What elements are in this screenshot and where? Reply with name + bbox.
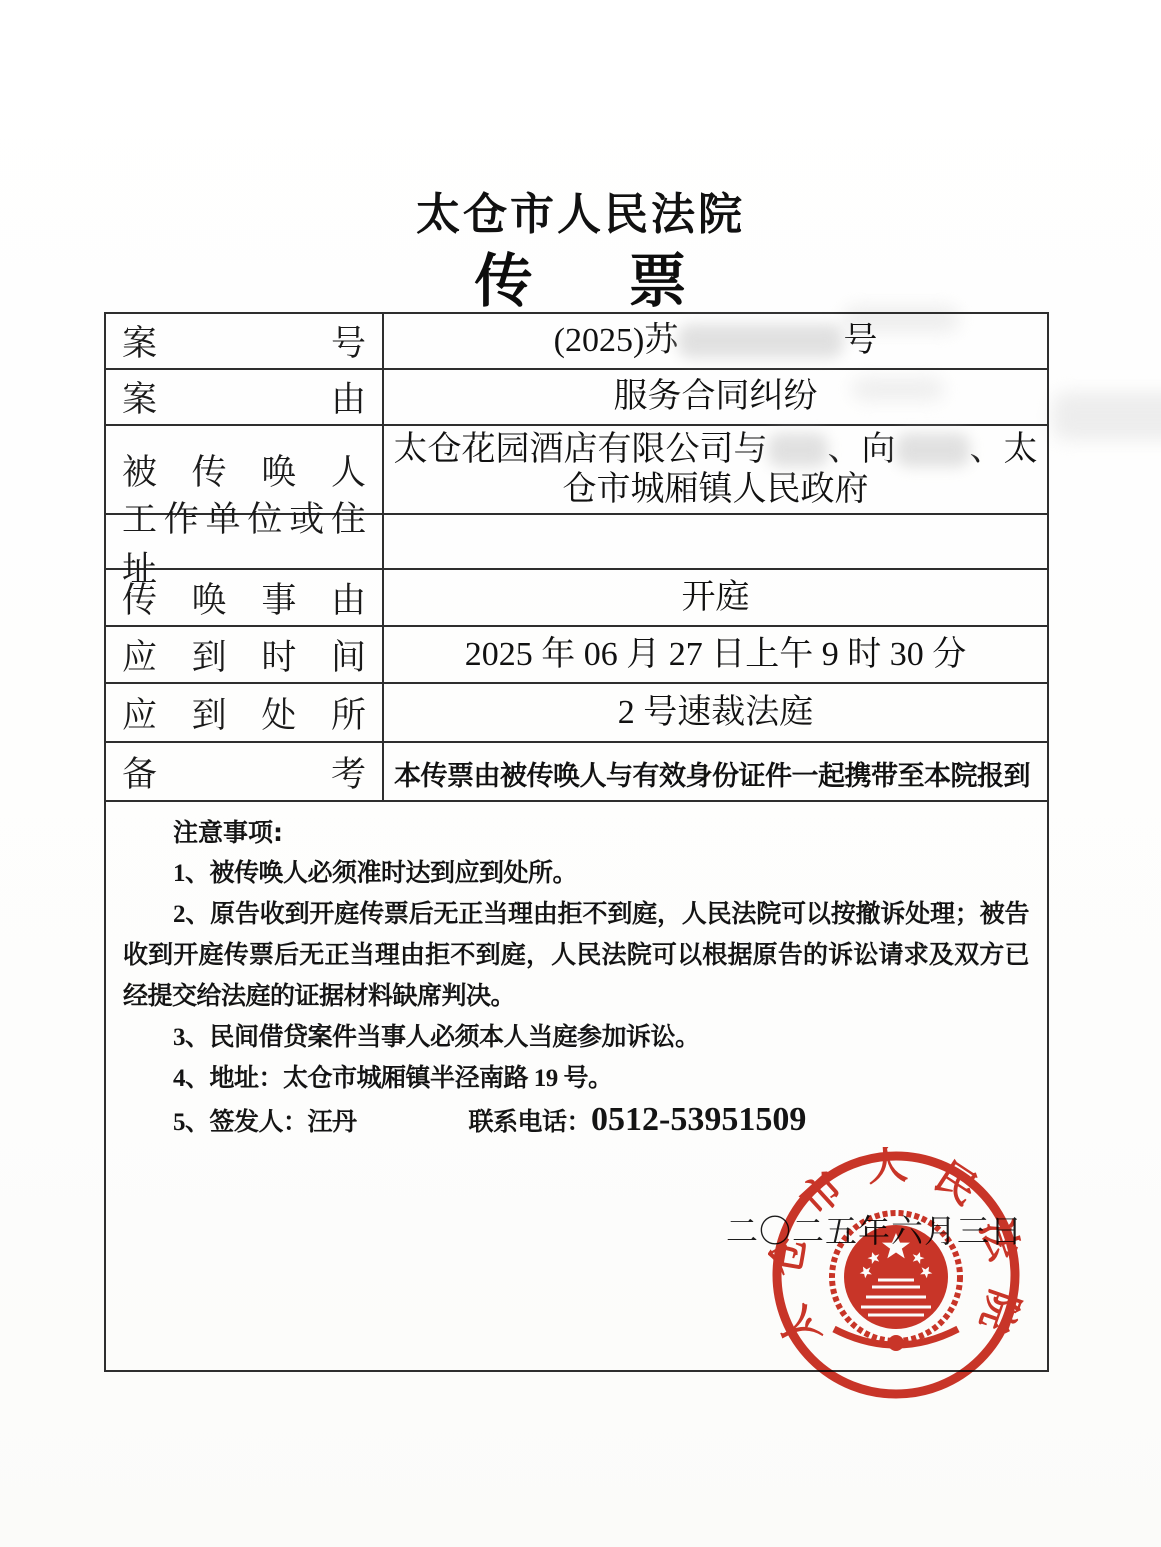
row-label: 应到时间 xyxy=(106,627,384,682)
table-row: 案号(2025)苏号 xyxy=(106,314,1047,370)
row-value-text: 太仓花园酒店有限公司与 xyxy=(394,431,768,468)
national-emblem-icon xyxy=(832,1213,960,1351)
row-value-text: 、向 xyxy=(828,431,896,468)
row-value: 2 号速裁法庭 xyxy=(384,684,1047,741)
row-value: 服务合同纠纷 xyxy=(384,370,1047,424)
table-row: 案由服务合同纠纷 xyxy=(106,370,1047,426)
row-label: 应到处所 xyxy=(106,684,384,741)
note-item: 1、被传唤人必须准时达到应到处所。 xyxy=(123,853,1029,894)
row-value-text: (2025)苏 xyxy=(554,322,679,359)
redaction-blur xyxy=(896,433,970,467)
row-value-text: 2 号速裁法庭 xyxy=(618,694,814,731)
row-value: 2025 年 06 月 27 日上午 9 时 30 分 xyxy=(384,627,1047,682)
summons-table: 案号(2025)苏号案由服务合同纠纷被传唤人太仓花园酒店有限公司与、向、太仓市城… xyxy=(104,312,1049,802)
row-label: 案由 xyxy=(106,370,384,424)
row-value: 本传票由被传唤人与有效身份证件一起携带至本院报到 xyxy=(384,743,1047,800)
court-name-title: 太仓市人民法院 xyxy=(0,178,1161,242)
row-value-text: 本传票由被传唤人与有效身份证件一起携带至本院报到 xyxy=(394,761,1030,792)
table-row: 传唤事由开庭 xyxy=(106,570,1047,627)
row-value-text: 开庭 xyxy=(682,579,750,616)
row-value-text: 服务合同纠纷 xyxy=(614,378,818,415)
row-label: 工作单位或住址 xyxy=(106,515,384,568)
row-value: 开庭 xyxy=(384,570,1047,625)
table-row: 应到处所2 号速裁法庭 xyxy=(106,684,1047,743)
note-item: 2、原告收到开庭传票后无正当理由拒不到庭，人民法院可以按撤诉处理；被告收到开庭传… xyxy=(123,894,1029,1017)
redaction-blur xyxy=(678,324,843,358)
contact-label: 联系电话： xyxy=(469,1109,592,1136)
row-value-text: 号 xyxy=(843,322,877,359)
document-title-char: 票 xyxy=(629,248,687,314)
row-value xyxy=(384,515,1047,568)
redaction-blur xyxy=(768,433,828,467)
note-item: 4、地址：太仓市城厢镇半泾南路 19 号。 xyxy=(123,1058,1029,1099)
note-item: 3、民间借贷案件当事人必须本人当庭参加诉讼。 xyxy=(123,1017,1029,1058)
signer-name: 5、签发人：汪丹 xyxy=(173,1109,357,1136)
document-title-char: 传 xyxy=(474,248,532,314)
row-value-text: 2025 年 06 月 27 日上午 9 时 30 分 xyxy=(465,636,967,673)
row-value: 太仓花园酒店有限公司与、向、太仓市城厢镇人民政府 xyxy=(384,426,1047,513)
signer-line: 5、签发人：汪丹联系电话：0512-53951509 xyxy=(123,1099,1029,1143)
row-label: 备考 xyxy=(106,743,384,800)
table-row: 备考本传票由被传唤人与有效身份证件一起携带至本院报到 xyxy=(106,743,1047,800)
table-row: 工作单位或住址 xyxy=(106,515,1047,570)
court-seal-stamp: 太仓市人民法院 xyxy=(768,1147,1024,1403)
document-title: 传 票 xyxy=(0,248,1161,314)
row-label: 传唤事由 xyxy=(106,570,384,625)
redaction-smudge xyxy=(1052,392,1161,440)
row-value: (2025)苏号 xyxy=(384,314,1047,368)
notes-heading: 注意事项: xyxy=(123,812,1029,853)
summons-document-page: 太仓市人民法院 传 票 案号(2025)苏号案由服务合同纠纷被传唤人太仓花园酒店… xyxy=(0,0,1161,1547)
row-label: 案号 xyxy=(106,314,384,368)
table-row: 应到时间2025 年 06 月 27 日上午 9 时 30 分 xyxy=(106,627,1047,684)
contact-phone: 0512-53951509 xyxy=(591,1101,806,1138)
